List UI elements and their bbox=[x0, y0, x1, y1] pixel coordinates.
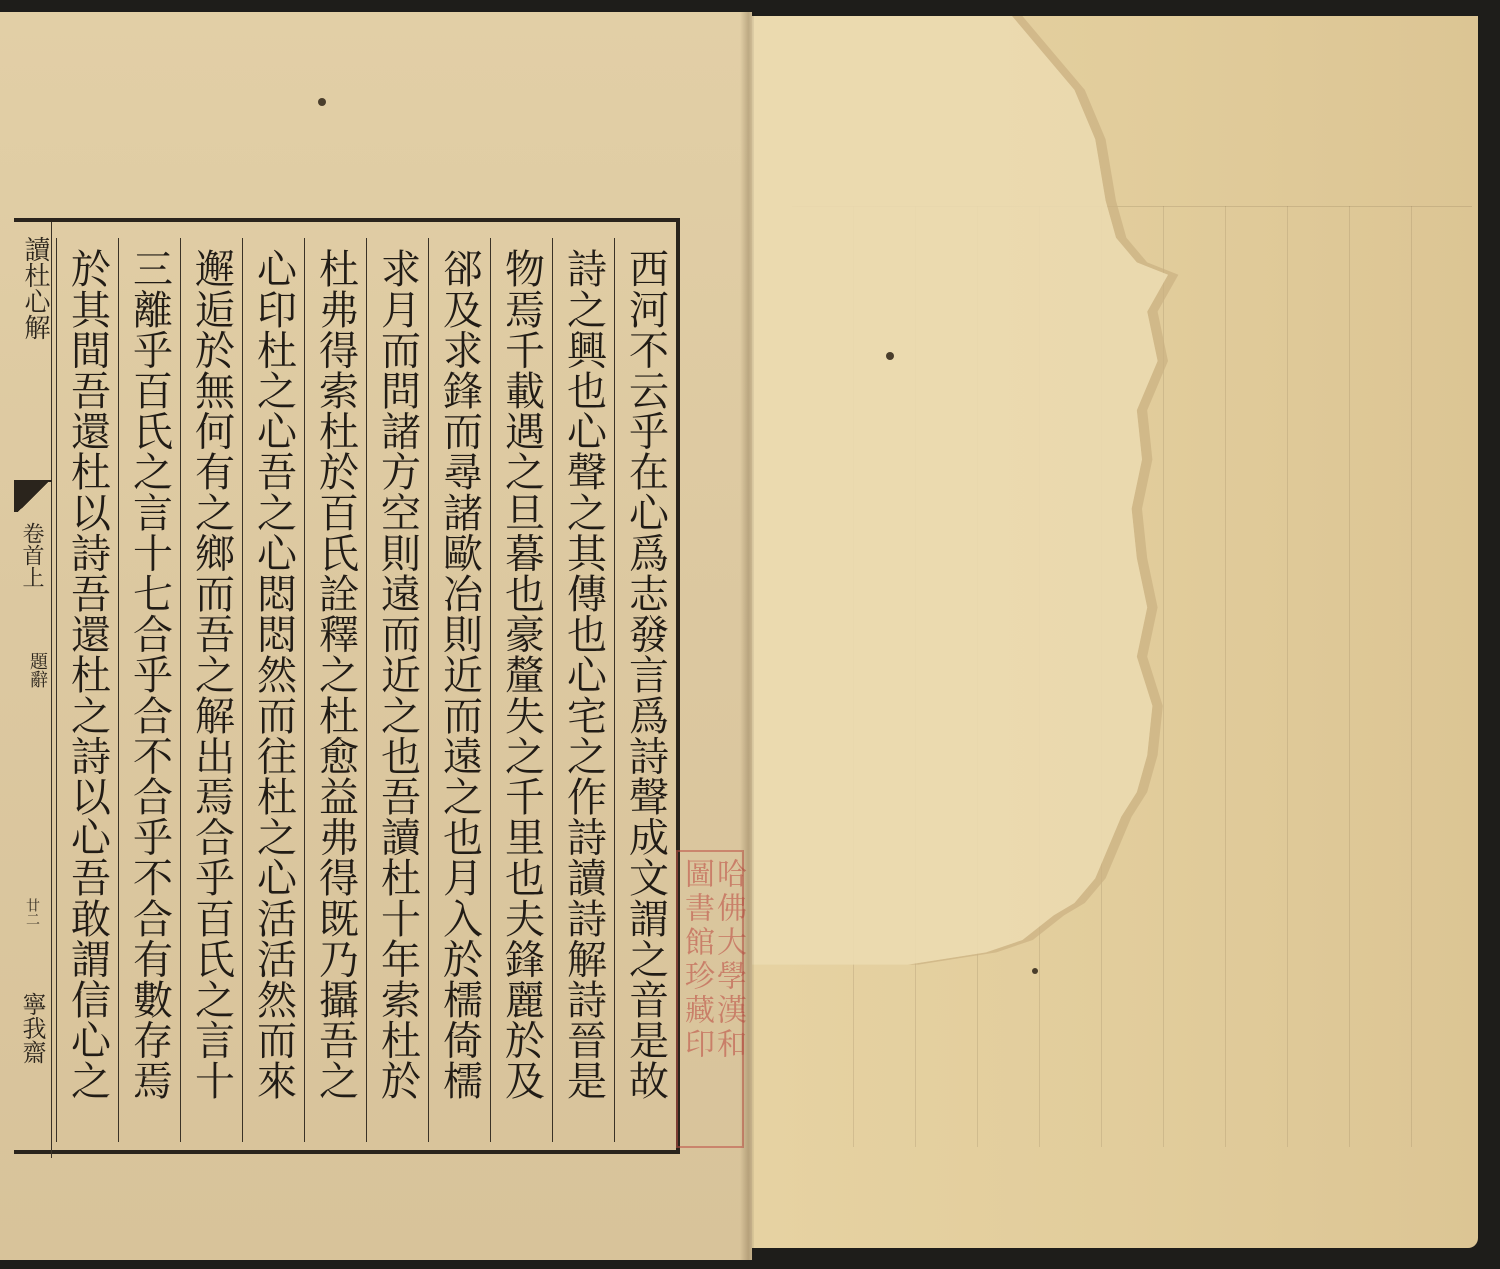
ink-speck bbox=[886, 352, 894, 360]
column-text: 物焉千載遇之旦暮也豪釐失之千里也夫鋒麗於及 bbox=[500, 248, 544, 1101]
banxin-margin: 讀杜心解 卷首上 題辭 廿二 寧我齋 bbox=[14, 222, 52, 1158]
text-column: 於其間吾還杜以詩吾還杜之詩以心吾敢謂信心之 bbox=[56, 238, 118, 1142]
column-text: 西河不云乎在心爲志發言爲詩聲成文謂之音是故 bbox=[624, 248, 668, 1101]
text-column: 西河不云乎在心爲志發言爲詩聲成文謂之音是故 bbox=[614, 238, 676, 1142]
page-number: 廿二 bbox=[22, 898, 42, 926]
fishtail-mark-icon bbox=[14, 480, 52, 512]
studio-name: 寧我齋 bbox=[18, 992, 46, 1064]
library-seal: 哈佛大學漢和 圖書館珍藏印 bbox=[676, 850, 744, 1148]
book-title: 讀杜心解 bbox=[20, 236, 50, 340]
right-page bbox=[752, 16, 1478, 1248]
text-column: 三離乎百氏之言十七合乎合不合乎不合有數存焉 bbox=[118, 238, 180, 1142]
text-column: 杜弗得索杜於百氏詮釋之杜愈益弗得既乃攝吾之 bbox=[304, 238, 366, 1142]
column-text: 詩之興也心聲之其傳也心宅之作詩讀詩解詩晉是 bbox=[562, 248, 606, 1101]
text-column: 物焉千載遇之旦暮也豪釐失之千里也夫鋒麗於及 bbox=[490, 238, 552, 1142]
text-column: 郤及求鋒而尋諸歐冶則近而遠之也月入於檽倚檽 bbox=[428, 238, 490, 1142]
text-column: 邂逅於無何有之鄉而吾之解出焉合乎百氏之言十 bbox=[180, 238, 242, 1142]
chapter-label: 卷首上 bbox=[18, 522, 44, 588]
book-spine bbox=[740, 12, 754, 1260]
column-text: 郤及求鋒而尋諸歐冶則近而遠之也月入於檽倚檽 bbox=[438, 248, 482, 1101]
ink-speck bbox=[318, 98, 326, 106]
column-text: 杜弗得索杜於百氏詮釋之杜愈益弗得既乃攝吾之 bbox=[314, 248, 358, 1101]
seal-text: 圖書館珍藏印 bbox=[680, 858, 712, 1140]
column-text: 於其間吾還杜以詩吾還杜之詩以心吾敢謂信心之 bbox=[66, 248, 110, 1101]
text-frame: 讀杜心解 卷首上 題辭 廿二 寧我齋 西河不云乎在心爲志發言爲詩聲成文謂之音是故… bbox=[14, 218, 680, 1154]
ink-speck bbox=[1032, 968, 1038, 974]
column-text: 三離乎百氏之言十七合乎合不合乎不合有數存焉 bbox=[128, 248, 172, 1101]
column-text: 心印杜之心吾之心悶悶然而往杜之心活活然而來 bbox=[252, 248, 296, 1101]
text-column: 求月而問諸方空則遠而近之也吾讀杜十年索杜於 bbox=[366, 238, 428, 1142]
left-page: 讀杜心解 卷首上 題辭 廿二 寧我齋 西河不云乎在心爲志發言爲詩聲成文謂之音是故… bbox=[0, 12, 752, 1260]
column-text: 求月而問諸方空則遠而近之也吾讀杜十年索杜於 bbox=[376, 248, 420, 1101]
text-column: 詩之興也心聲之其傳也心宅之作詩讀詩解詩晉是 bbox=[552, 238, 614, 1142]
column-text: 邂逅於無何有之鄉而吾之解出焉合乎百氏之言十 bbox=[190, 248, 234, 1101]
text-column: 心印杜之心吾之心悶悶然而往杜之心活活然而來 bbox=[242, 238, 304, 1142]
section-label: 題辭 bbox=[24, 652, 50, 688]
